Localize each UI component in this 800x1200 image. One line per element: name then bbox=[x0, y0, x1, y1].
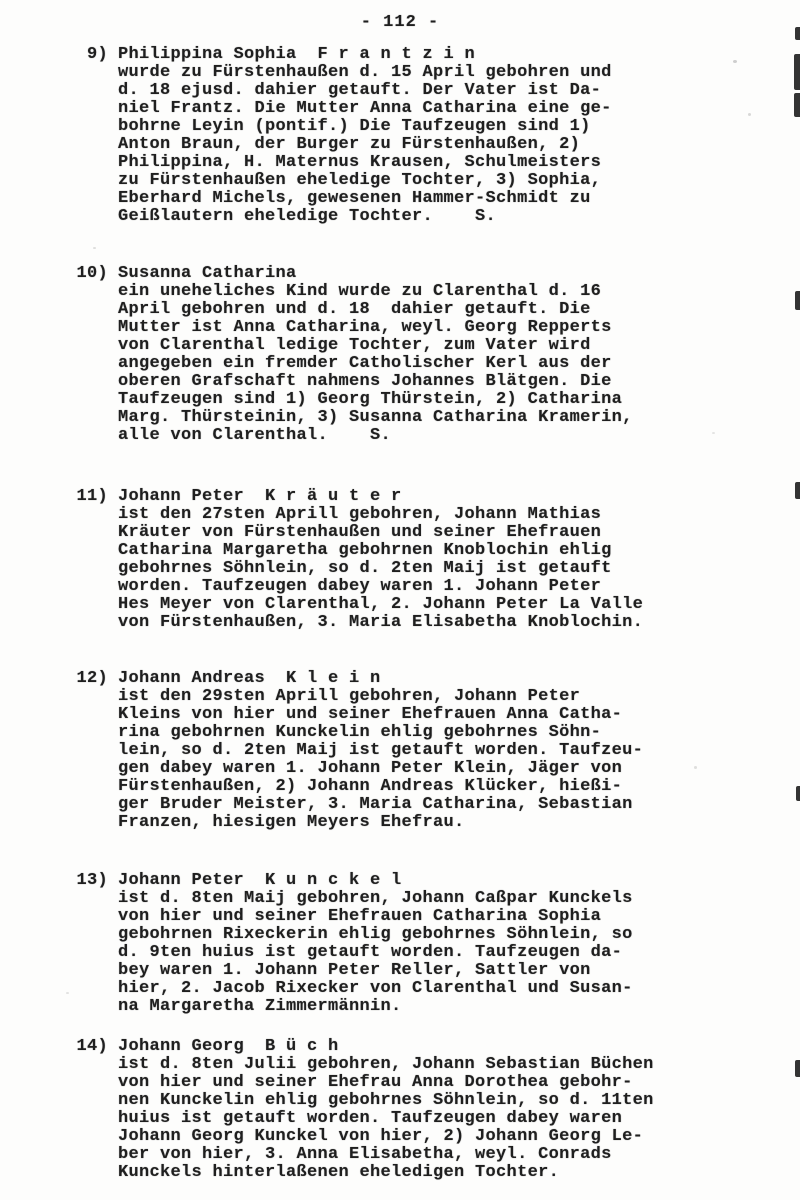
baptism-entry: 10) Susanna Catharina ein uneheliches Ki… bbox=[64, 265, 800, 445]
scan-edge-mark bbox=[795, 1060, 800, 1077]
entry-text-line: April gebohren und d. 18 dahier getauft.… bbox=[118, 301, 633, 319]
scan-speck bbox=[66, 992, 69, 994]
entry-content: Johann Peter K r ä u t e r ist den 27ste… bbox=[108, 488, 643, 632]
entry-content: Johann Andreas K l e i n ist den 29sten … bbox=[108, 670, 643, 832]
entry-text-line: Hes Meyer von Clarenthal, 2. Johann Pete… bbox=[118, 596, 643, 614]
page-number: - 112 - bbox=[0, 0, 800, 32]
entry-text-line: ber von hier, 3. Anna Elisabetha, weyl. … bbox=[118, 1146, 654, 1164]
entry-text-line: d. 18 ejusd. dahier getauft. Der Vater i… bbox=[118, 82, 612, 100]
entry-text-line: gebohrnen Rixeckerin ehlig gebohrnes Söh… bbox=[118, 926, 633, 944]
entry-text-line: Taufzeugen sind 1) Georg Thürstein, 2) C… bbox=[118, 391, 633, 409]
entry-text-line: ist d. 8ten Maij gebohren, Johann Caßpar… bbox=[118, 890, 633, 908]
entry-text-line: Philippina, H. Maternus Krausen, Schulme… bbox=[118, 154, 612, 172]
entry-text-line: angegeben ein fremder Catholischer Kerl … bbox=[118, 355, 633, 373]
entry-text-line: rina gebohrnen Kunckelin ehlig gebohrnes… bbox=[118, 724, 643, 742]
entry-text-line: bey waren 1. Johann Peter Reller, Sattle… bbox=[118, 962, 633, 980]
entry-text-line: d. 9ten huius ist getauft worden. Taufze… bbox=[118, 944, 633, 962]
entry-text-line: niel Frantz. Die Mutter Anna Catharina e… bbox=[118, 100, 612, 118]
entry-text-line: gebohrnes Söhnlein, so d. 2ten Maij ist … bbox=[118, 560, 643, 578]
entry-number: 9) bbox=[64, 46, 108, 64]
scan-speck bbox=[694, 766, 697, 769]
entry-text-line: von hier und seiner Ehefrauen Catharina … bbox=[118, 908, 633, 926]
entry-text-line: hier, 2. Jacob Rixecker von Clarenthal u… bbox=[118, 980, 633, 998]
entry-text-line: von Fürstenhaußen, 3. Maria Elisabetha K… bbox=[118, 614, 643, 632]
entry-text-line: Kleins von hier und seiner Ehefrauen Ann… bbox=[118, 706, 643, 724]
scan-edge-mark bbox=[795, 291, 800, 310]
entry-text-line: worden. Taufzeugen dabey waren 1. Johann… bbox=[118, 578, 643, 596]
scan-edge-mark bbox=[795, 27, 800, 40]
entry-text-line: Anton Braun, der Burger zu Fürstenhaußen… bbox=[118, 136, 612, 154]
entry-text-line: gen dabey waren 1. Johann Peter Klein, J… bbox=[118, 760, 643, 778]
baptism-entry: 13) Johann Peter K u n c k e l ist d. 8t… bbox=[64, 872, 800, 1016]
entry-text-line: Mutter ist Anna Catharina, weyl. Georg R… bbox=[118, 319, 633, 337]
entry-title: Susanna Catharina bbox=[118, 265, 633, 283]
entry-content: Johann Georg B ü c h ist d. 8ten Julii g… bbox=[108, 1038, 654, 1182]
entry-title: Johann Peter K u n c k e l bbox=[118, 872, 633, 890]
entry-text-line: Catharina Margaretha gebohrnen Knoblochi… bbox=[118, 542, 643, 560]
entry-number: 11) bbox=[64, 488, 108, 506]
entry-text-line: nen Kunckelin ehlig gebohrnes Söhnlein, … bbox=[118, 1092, 654, 1110]
entry-title: Johann Georg B ü c h bbox=[118, 1038, 654, 1056]
entry-text-line: alle von Clarenthal. S. bbox=[118, 427, 633, 445]
baptism-entries-list: 9) Philippina Sophia F r a n t z i n wur… bbox=[0, 46, 800, 1182]
baptism-entry: 14) Johann Georg B ü c h ist d. 8ten Jul… bbox=[64, 1038, 800, 1182]
entry-text-line: ein uneheliches Kind wurde zu Clarenthal… bbox=[118, 283, 633, 301]
entry-text-line: zu Fürstenhaußen eheledige Tochter, 3) S… bbox=[118, 172, 612, 190]
entry-text-line: ist den 29sten Aprill gebohren, Johann P… bbox=[118, 688, 643, 706]
scan-edge-mark bbox=[796, 786, 800, 801]
scan-edge-mark bbox=[794, 93, 800, 117]
entry-text-line: Eberhard Michels, gewesenen Hammer-Schmi… bbox=[118, 190, 612, 208]
entry-text-line: ger Bruder Meister, 3. Maria Catharina, … bbox=[118, 796, 643, 814]
scanned-register-page: - 112 - 9) Philippina Sophia F r a n t z… bbox=[0, 0, 800, 1200]
baptism-entry: 9) Philippina Sophia F r a n t z i n wur… bbox=[64, 46, 800, 226]
entry-content: Philippina Sophia F r a n t z i n wurde … bbox=[108, 46, 612, 226]
entry-content: Johann Peter K u n c k e l ist d. 8ten M… bbox=[108, 872, 633, 1016]
entry-text-line: huius ist getauft worden. Taufzeugen dab… bbox=[118, 1110, 654, 1128]
entry-text-line: wurde zu Fürstenhaußen d. 15 April geboh… bbox=[118, 64, 612, 82]
entry-text-line: Franzen, hiesigen Meyers Ehefrau. bbox=[118, 814, 643, 832]
entry-title: Johann Peter K r ä u t e r bbox=[118, 488, 643, 506]
entry-text-line: ist d. 8ten Julii gebohren, Johann Sebas… bbox=[118, 1056, 654, 1074]
scan-speck bbox=[733, 60, 737, 63]
entry-text-line: ist den 27sten Aprill gebohren, Johann M… bbox=[118, 506, 643, 524]
entry-number: 13) bbox=[64, 872, 108, 890]
entry-content: Susanna Catharina ein uneheliches Kind w… bbox=[108, 265, 633, 445]
scan-speck bbox=[748, 113, 751, 116]
entry-text-line: na Margaretha Zimmermännin. bbox=[118, 998, 633, 1016]
baptism-entry: 12) Johann Andreas K l e i n ist den 29s… bbox=[64, 670, 800, 832]
entry-text-line: Geißlautern eheledige Tochter. S. bbox=[118, 208, 612, 226]
entry-text-line: oberen Grafschaft nahmens Johannes Blätg… bbox=[118, 373, 633, 391]
entry-number: 14) bbox=[64, 1038, 108, 1056]
scan-speck bbox=[712, 432, 715, 434]
scan-edge-mark bbox=[794, 54, 800, 90]
entry-text-line: lein, so d. 2ten Maij ist getauft worden… bbox=[118, 742, 643, 760]
entry-number: 12) bbox=[64, 670, 108, 688]
scan-edge-mark bbox=[795, 482, 800, 499]
entry-title: Johann Andreas K l e i n bbox=[118, 670, 643, 688]
entry-text-line: Johann Georg Kunckel von hier, 2) Johann… bbox=[118, 1128, 654, 1146]
entry-text-line: bohrne Leyin (pontif.) Die Taufzeugen si… bbox=[118, 118, 612, 136]
entry-text-line: Kunckels hinterlaßenen eheledigen Tochte… bbox=[118, 1164, 654, 1182]
entry-text-line: Kräuter von Fürstenhaußen und seiner Ehe… bbox=[118, 524, 643, 542]
entry-title: Philippina Sophia F r a n t z i n bbox=[118, 46, 612, 64]
entry-number: 10) bbox=[64, 265, 108, 283]
scan-speck bbox=[93, 247, 96, 249]
entry-text-line: Fürstenhaußen, 2) Johann Andreas Klücker… bbox=[118, 778, 643, 796]
entry-text-line: von hier und seiner Ehefrau Anna Dorothe… bbox=[118, 1074, 654, 1092]
entry-text-line: Marg. Thürsteinin, 3) Susanna Catharina … bbox=[118, 409, 633, 427]
baptism-entry: 11) Johann Peter K r ä u t e r ist den 2… bbox=[64, 488, 800, 632]
entry-text-line: von Clarenthal ledige Tochter, zum Vater… bbox=[118, 337, 633, 355]
